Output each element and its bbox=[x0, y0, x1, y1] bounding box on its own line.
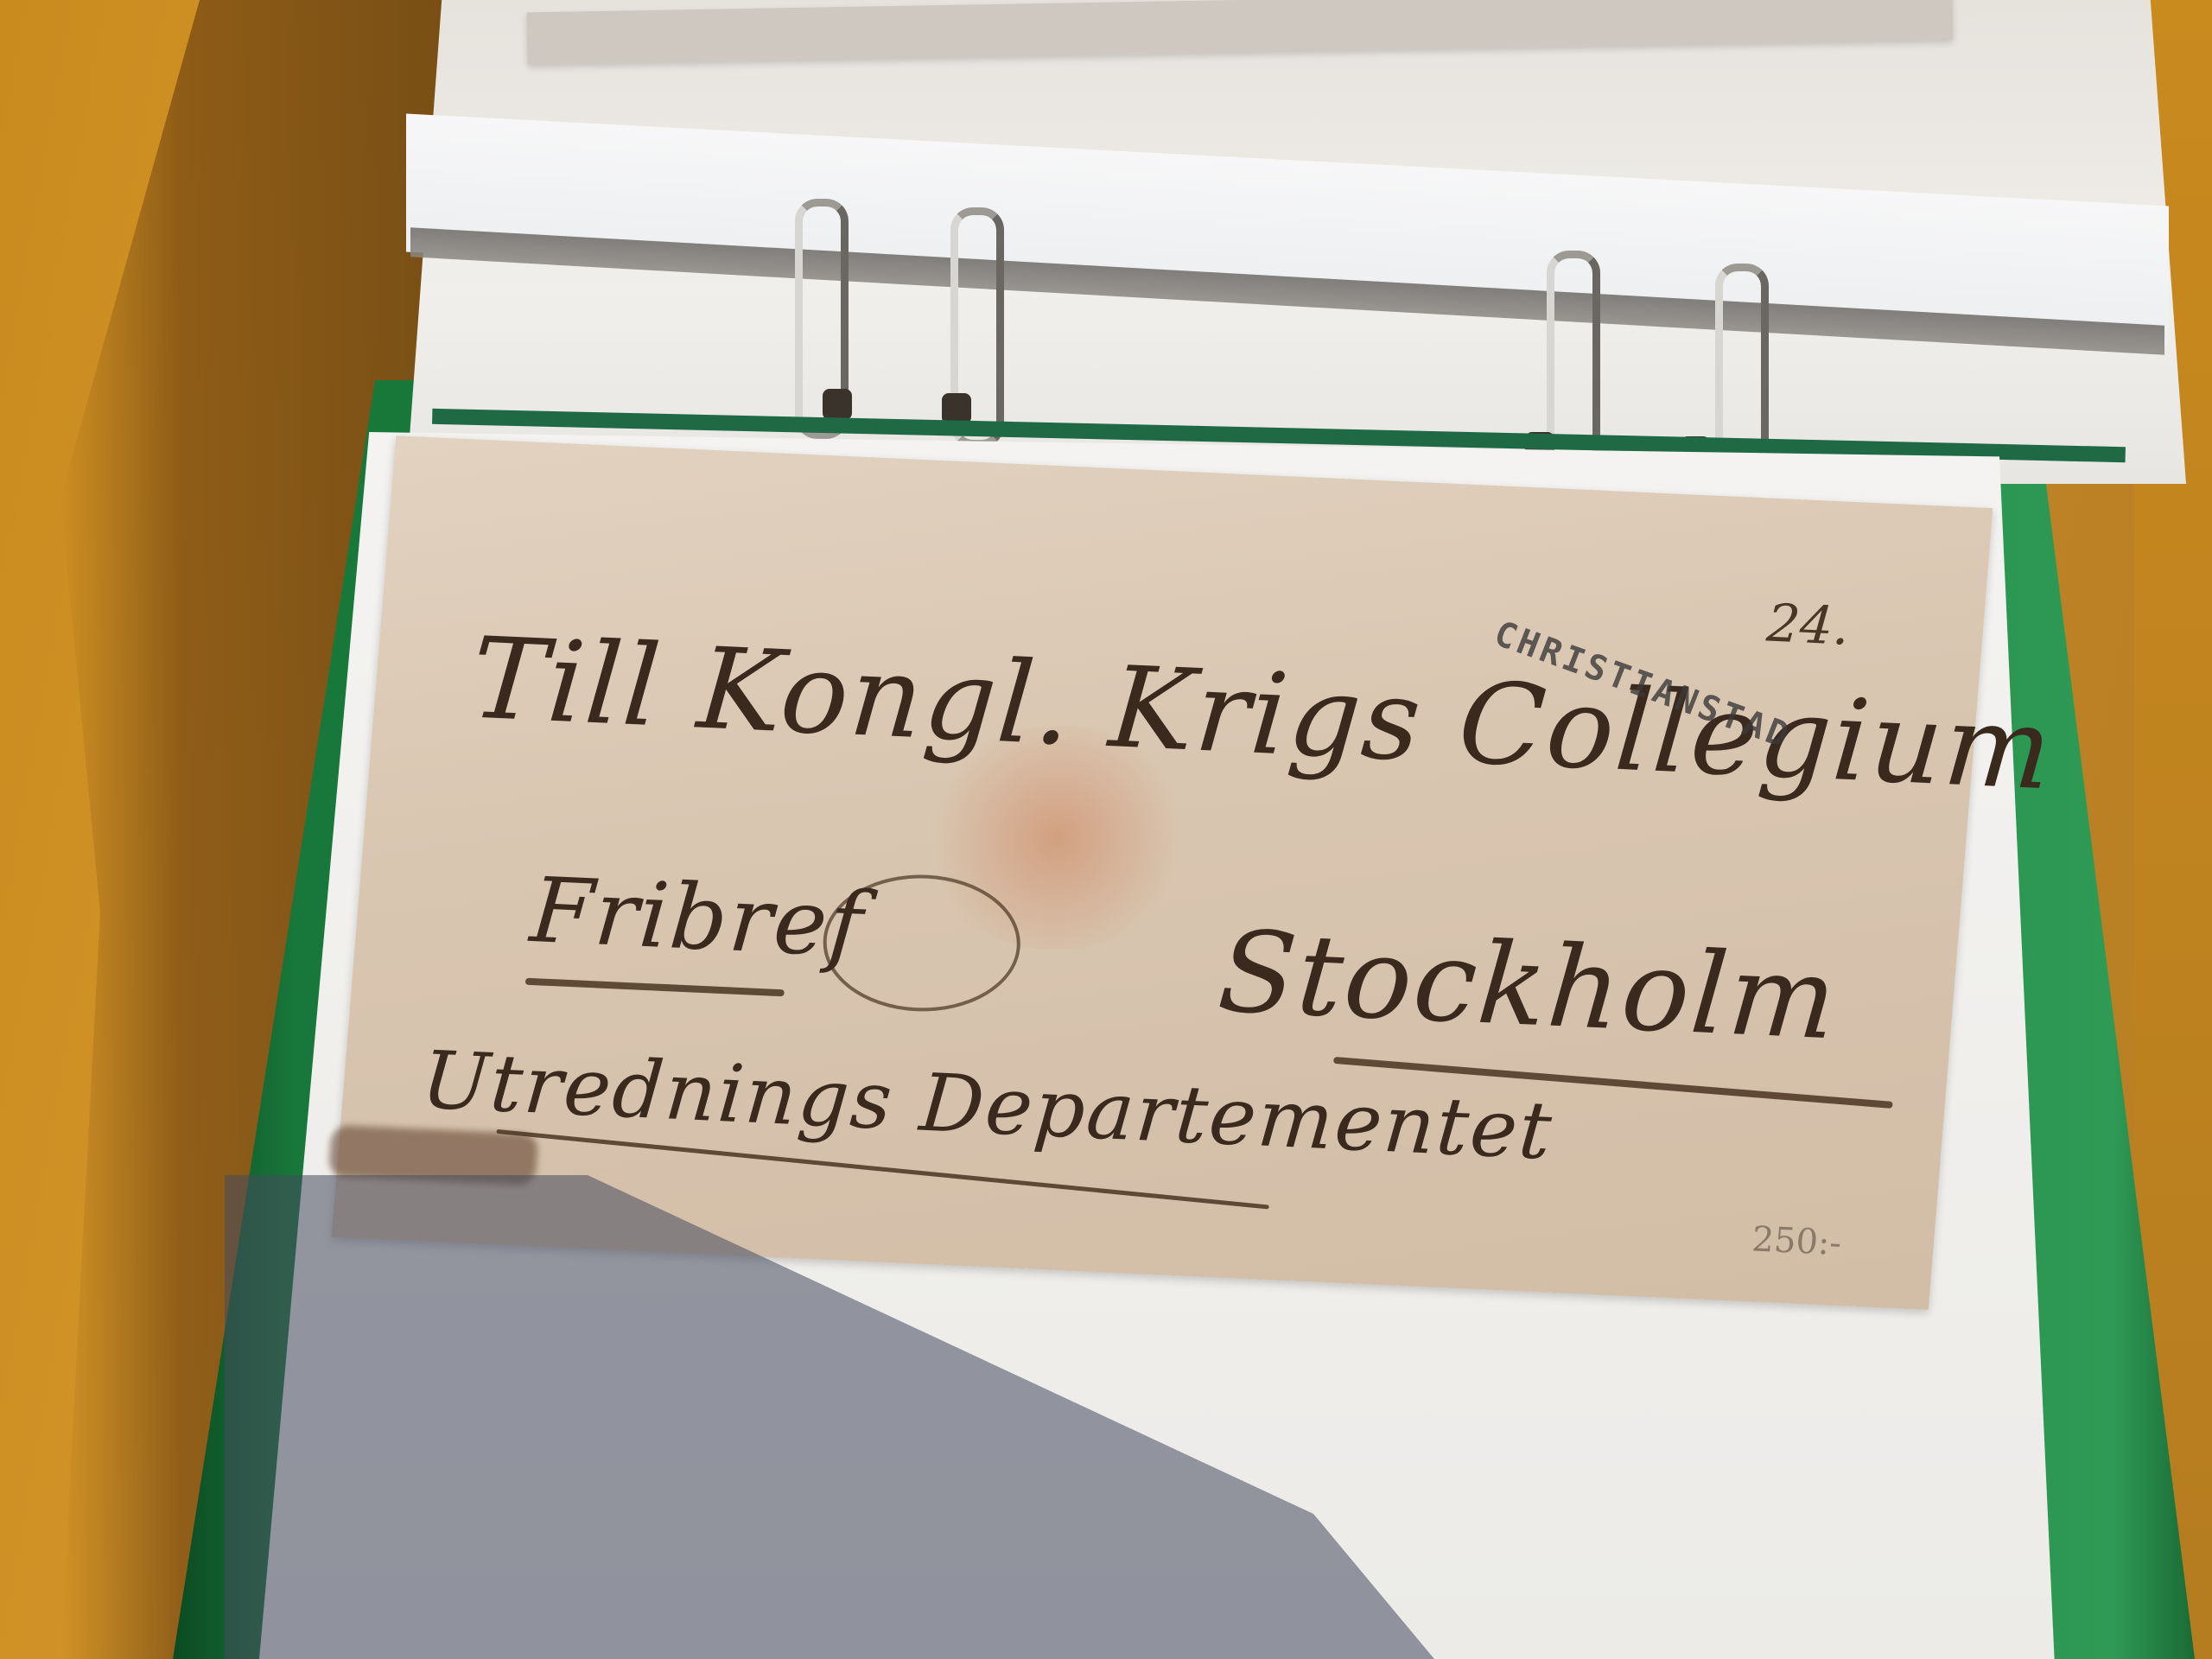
address-city: Stockholm bbox=[1214, 906, 1842, 1065]
address-line-3: Utrednings Departementet bbox=[418, 1034, 1556, 1178]
ring-foot-1 bbox=[823, 389, 852, 420]
free-letter-mark: Fribref bbox=[527, 857, 868, 977]
rate-note: 24. bbox=[1764, 594, 1852, 658]
pencil-price-note: 250:- bbox=[1751, 1219, 1843, 1263]
underline-free-mark bbox=[525, 978, 785, 997]
